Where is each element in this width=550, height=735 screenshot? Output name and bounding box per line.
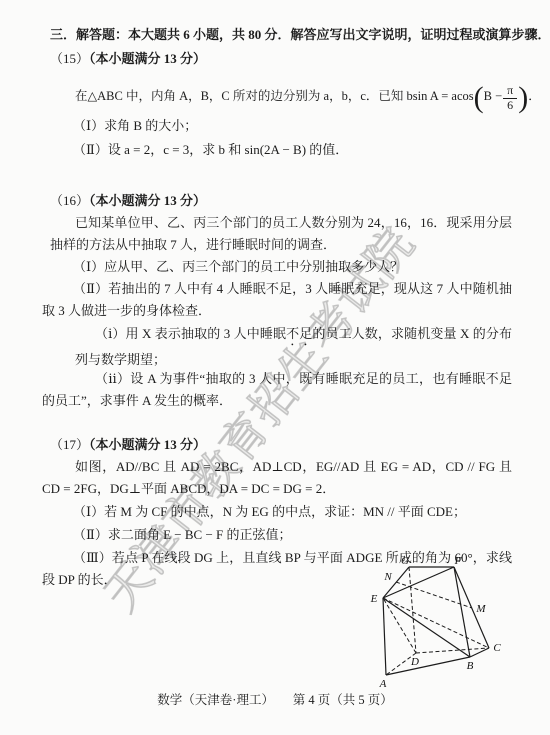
problem-15-intro: 在△ABC 中，内角 A，B，C 所对的边分别为 a，b，c．已知 bsin A… bbox=[75, 84, 541, 113]
problem-16-intro: 已知某单位甲、乙、丙三个部门的员工人数分别为 24，16，16．现采用分层抽样的… bbox=[50, 212, 512, 256]
problem-17-points: （本小题满分 13 分） bbox=[89, 437, 206, 452]
edge-DC-dashed bbox=[416, 648, 489, 653]
edge-EC-dashed bbox=[383, 598, 489, 648]
problem-16-points: （本小题满分 13 分） bbox=[89, 193, 206, 208]
geometry-figure: ABCDEFGMN bbox=[352, 556, 524, 696]
vertex-label-B: B bbox=[467, 660, 474, 672]
solid-figure-svg: ABCDEFGMN bbox=[352, 556, 524, 696]
problem-16-item-2: （Ⅱ）若抽出的 7 人中有 4 人睡眠不足，3 人睡眠充足，现从这 7 人中随机… bbox=[42, 278, 512, 322]
problem-15-intro-text: 在△ABC 中，内角 A，B，C 所对的边分别为 a，b，c．已知 bsin A… bbox=[75, 89, 474, 103]
sub-i-pre: （ⅰ）用 X 表示抽取的 3 人中睡眠 bbox=[95, 326, 286, 341]
edge-EB-solid bbox=[383, 598, 470, 657]
exam-page: 天津市教育招生考试院 三．解答题：本大题共 6 小题，共 80 分．解答应写出文… bbox=[0, 0, 550, 735]
edge-GD-dashed bbox=[409, 567, 416, 653]
vertex-label-C: C bbox=[493, 642, 501, 654]
problem-15-item-1: （Ⅰ）求角 B 的大小； bbox=[73, 115, 197, 137]
edge-DE-dashed bbox=[383, 598, 416, 653]
edge-AE-solid bbox=[383, 598, 386, 675]
problem-16-sub-ii: （ⅱ）设 A 为事件“抽取的 3 人中，既有睡眠充足的员工，也有睡眠不足的员工”… bbox=[42, 368, 512, 412]
section-header: 三．解答题：本大题共 6 小题，共 80 分．解答应写出文字说明，证明过程或演算… bbox=[50, 24, 550, 46]
problem-15-title: （15）（本小题满分 13 分） bbox=[50, 48, 206, 70]
formula-period: ． bbox=[528, 89, 541, 103]
right-paren: ) bbox=[518, 81, 528, 114]
vertex-label-M: M bbox=[475, 603, 486, 615]
vertex-label-F: F bbox=[454, 556, 462, 567]
sub-i-emphasized: 不足 bbox=[286, 326, 312, 341]
problem-15-number: （15） bbox=[50, 51, 89, 66]
problem-16-number: （16） bbox=[50, 193, 89, 208]
vertex-label-N: N bbox=[383, 571, 392, 583]
page-footer: 数学（天津卷·理工） 第 4 页（共 5 页） bbox=[0, 689, 550, 711]
problem-15-points: （本小题满分 13 分） bbox=[89, 51, 206, 66]
vertex-label-D: D bbox=[410, 656, 419, 668]
problem-16-sub-i: （ⅰ）用 X 表示抽取的 3 人中睡眠不足的员工人数，求随机变量 X 的分布列与… bbox=[75, 323, 512, 371]
problem-17-item-1: （Ⅰ）若 M 为 CF 的中点，N 为 EG 的中点，求证：MN // 平面 C… bbox=[73, 501, 466, 523]
formula-b-minus: B − bbox=[484, 89, 503, 103]
vertex-label-E: E bbox=[370, 593, 378, 605]
problem-16-item-1: （Ⅰ）应从甲、乙、丙三个部门的员工中分别抽取多少人？ bbox=[73, 256, 403, 278]
fraction-pi-over-6: π6 bbox=[503, 84, 517, 113]
problem-17-title: （17）（本小题满分 13 分） bbox=[50, 434, 206, 456]
problem-17-intro: 如图，AD//BC 且 AD = 2BC，AD⊥CD，EG//AD 且 EG =… bbox=[42, 456, 512, 500]
problem-16-title: （16）（本小题满分 13 分） bbox=[50, 190, 206, 212]
problem-17-number: （17） bbox=[50, 437, 89, 452]
problem-15-item-2: （Ⅱ）设 a = 2，c = 3，求 b 和 sin(2A − B) 的值． bbox=[73, 139, 348, 161]
edge-FB-solid bbox=[454, 567, 470, 657]
vertex-label-G: G bbox=[401, 556, 409, 567]
edge-EF-solid bbox=[383, 567, 454, 598]
problem-17-item-2: （Ⅱ）求二面角 E − BC − F 的正弦值； bbox=[73, 524, 292, 546]
edge-BC-solid bbox=[470, 648, 489, 657]
left-paren: ( bbox=[474, 81, 484, 114]
